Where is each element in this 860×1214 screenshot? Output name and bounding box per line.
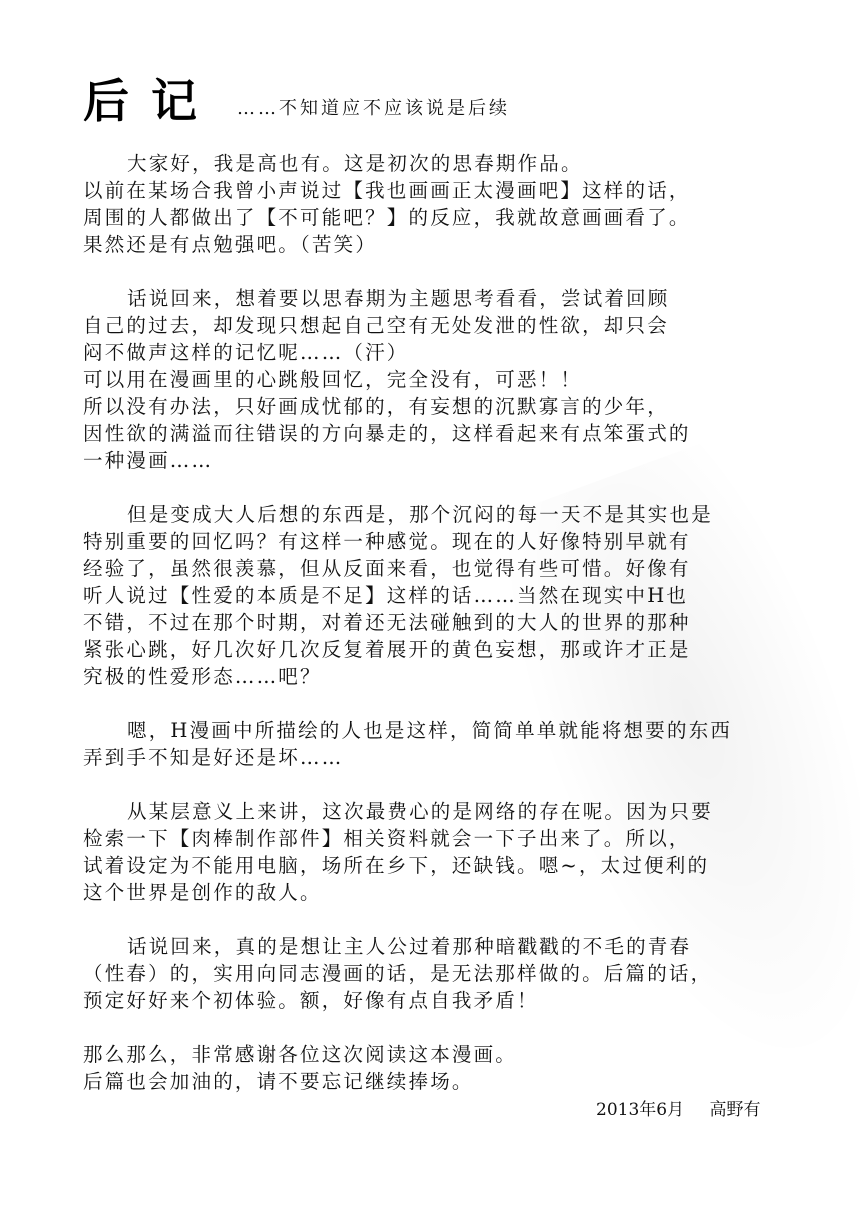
text-line: 弄到手不知是好还是坏…… — [83, 744, 783, 771]
signature: 2013年6月 高野有 — [596, 1095, 781, 1120]
signature-author: 高野有 — [710, 1100, 761, 1120]
text-line: （性春）的，实用向同志漫画的话，是无法那样做的。后篇的话， — [83, 960, 783, 987]
text-line: 因性欲的满溢而往错误的方向暴走的，这样看起来有点笨蛋式的 — [83, 420, 783, 447]
text-line: 紧张心跳，好几次好几次反复着展开的黄色妄想，那或许才正是 — [83, 636, 783, 663]
text-line: 经验了，虽然很羡慕，但从反面来看，也觉得有些可惜。好像有 — [83, 555, 783, 582]
paragraph-4: 嗯，H漫画中所描绘的人也是这样，简简单单就能将想要的东西 弄到手不知是好还是坏…… — [83, 717, 783, 771]
text-line: 究极的性爱形态……吧？ — [83, 663, 783, 690]
text-line: 试着设定为不能用电脑，场所在乡下，还缺钱。嗯~，太过便利的 — [83, 852, 783, 879]
text-line: 检索一下【肉棒制作部件】相关资料就会一下子出来了。所以， — [83, 825, 783, 852]
text-line: 那么那么，非常感谢各位这次阅读这本漫画。 — [83, 1041, 783, 1068]
text-line: 特别重要的回忆吗？有这样一种感觉。现在的人好像特别早就有 — [83, 528, 783, 555]
text-line: 闷不做声这样的记忆呢……（汗） — [83, 339, 783, 366]
text-line: 所以没有办法，只好画成忧郁的，有妄想的沉默寡言的少年， — [83, 393, 783, 420]
text-line: 嗯，H漫画中所描绘的人也是这样，简简单单就能将想要的东西 — [83, 717, 783, 744]
text-line: 听人说过【性爱的本质是不足】这样的话……当然在现实中H也 — [83, 582, 783, 609]
page-subtitle: ……不知道应不应该说是后续 — [237, 94, 510, 120]
text-line: 可以用在漫画里的心跳般回忆，完全没有，可恶！！ — [83, 366, 783, 393]
paragraph-2: 话说回来，想着要以思春期为主题思考看看，尝试着回顾 自己的过去，却发现只想起自己… — [83, 285, 783, 474]
afterword-body: 大家好，我是高也有。这是初次的思春期作品。 以前在某场合我曾小声说过【我也画画正… — [83, 150, 783, 1122]
text-line: 后篇也会加油的，请不要忘记继续捧场。 — [83, 1068, 783, 1095]
text-line: 这个世界是创作的敌人。 — [83, 879, 783, 906]
text-line: 话说回来，真的是想让主人公过着那种暗戳戳的不毛的青春 — [83, 933, 783, 960]
paragraph-5: 从某层意义上来讲，这次最费心的是网络的存在呢。因为只要 检索一下【肉棒制作部件】… — [83, 798, 783, 906]
paragraph-1: 大家好，我是高也有。这是初次的思春期作品。 以前在某场合我曾小声说过【我也画画正… — [83, 150, 783, 258]
text-line: 果然还是有点勉强吧。（苦笑） — [83, 231, 783, 258]
text-line: 不错，不过在那个时期，对着还无法碰触到的大人的世界的那种 — [83, 609, 783, 636]
page-header: 后记 ……不知道应不应该说是后续 — [83, 78, 510, 124]
paragraph-6: 话说回来，真的是想让主人公过着那种暗戳戳的不毛的青春 （性春）的，实用向同志漫画… — [83, 933, 783, 1014]
text-line: 但是变成大人后想的东西是，那个沉闷的每一天不是其实也是 — [83, 501, 783, 528]
text-line: 自己的过去，却发现只想起自己空有无处发泄的性欲，却只会 — [83, 312, 783, 339]
text-line: 以前在某场合我曾小声说过【我也画画正太漫画吧】这样的话， — [83, 177, 783, 204]
paragraph-3: 但是变成大人后想的东西是，那个沉闷的每一天不是其实也是 特别重要的回忆吗？有这样… — [83, 501, 783, 690]
text-line: 话说回来，想着要以思春期为主题思考看看，尝试着回顾 — [83, 285, 783, 312]
text-line: 一种漫画…… — [83, 447, 783, 474]
signature-date: 2013年6月 — [596, 1100, 684, 1120]
text-line: 大家好，我是高也有。这是初次的思春期作品。 — [83, 150, 783, 177]
page-title: 后记 — [83, 78, 219, 124]
text-line: 从某层意义上来讲，这次最费心的是网络的存在呢。因为只要 — [83, 798, 783, 825]
text-line: 周围的人都做出了【不可能吧？】的反应，我就故意画画看了。 — [83, 204, 783, 231]
paragraph-7: 那么那么，非常感谢各位这次阅读这本漫画。 后篇也会加油的，请不要忘记继续捧场。 — [83, 1041, 783, 1095]
text-line: 预定好好来个初体验。额，好像有点自我矛盾！ — [83, 987, 783, 1014]
